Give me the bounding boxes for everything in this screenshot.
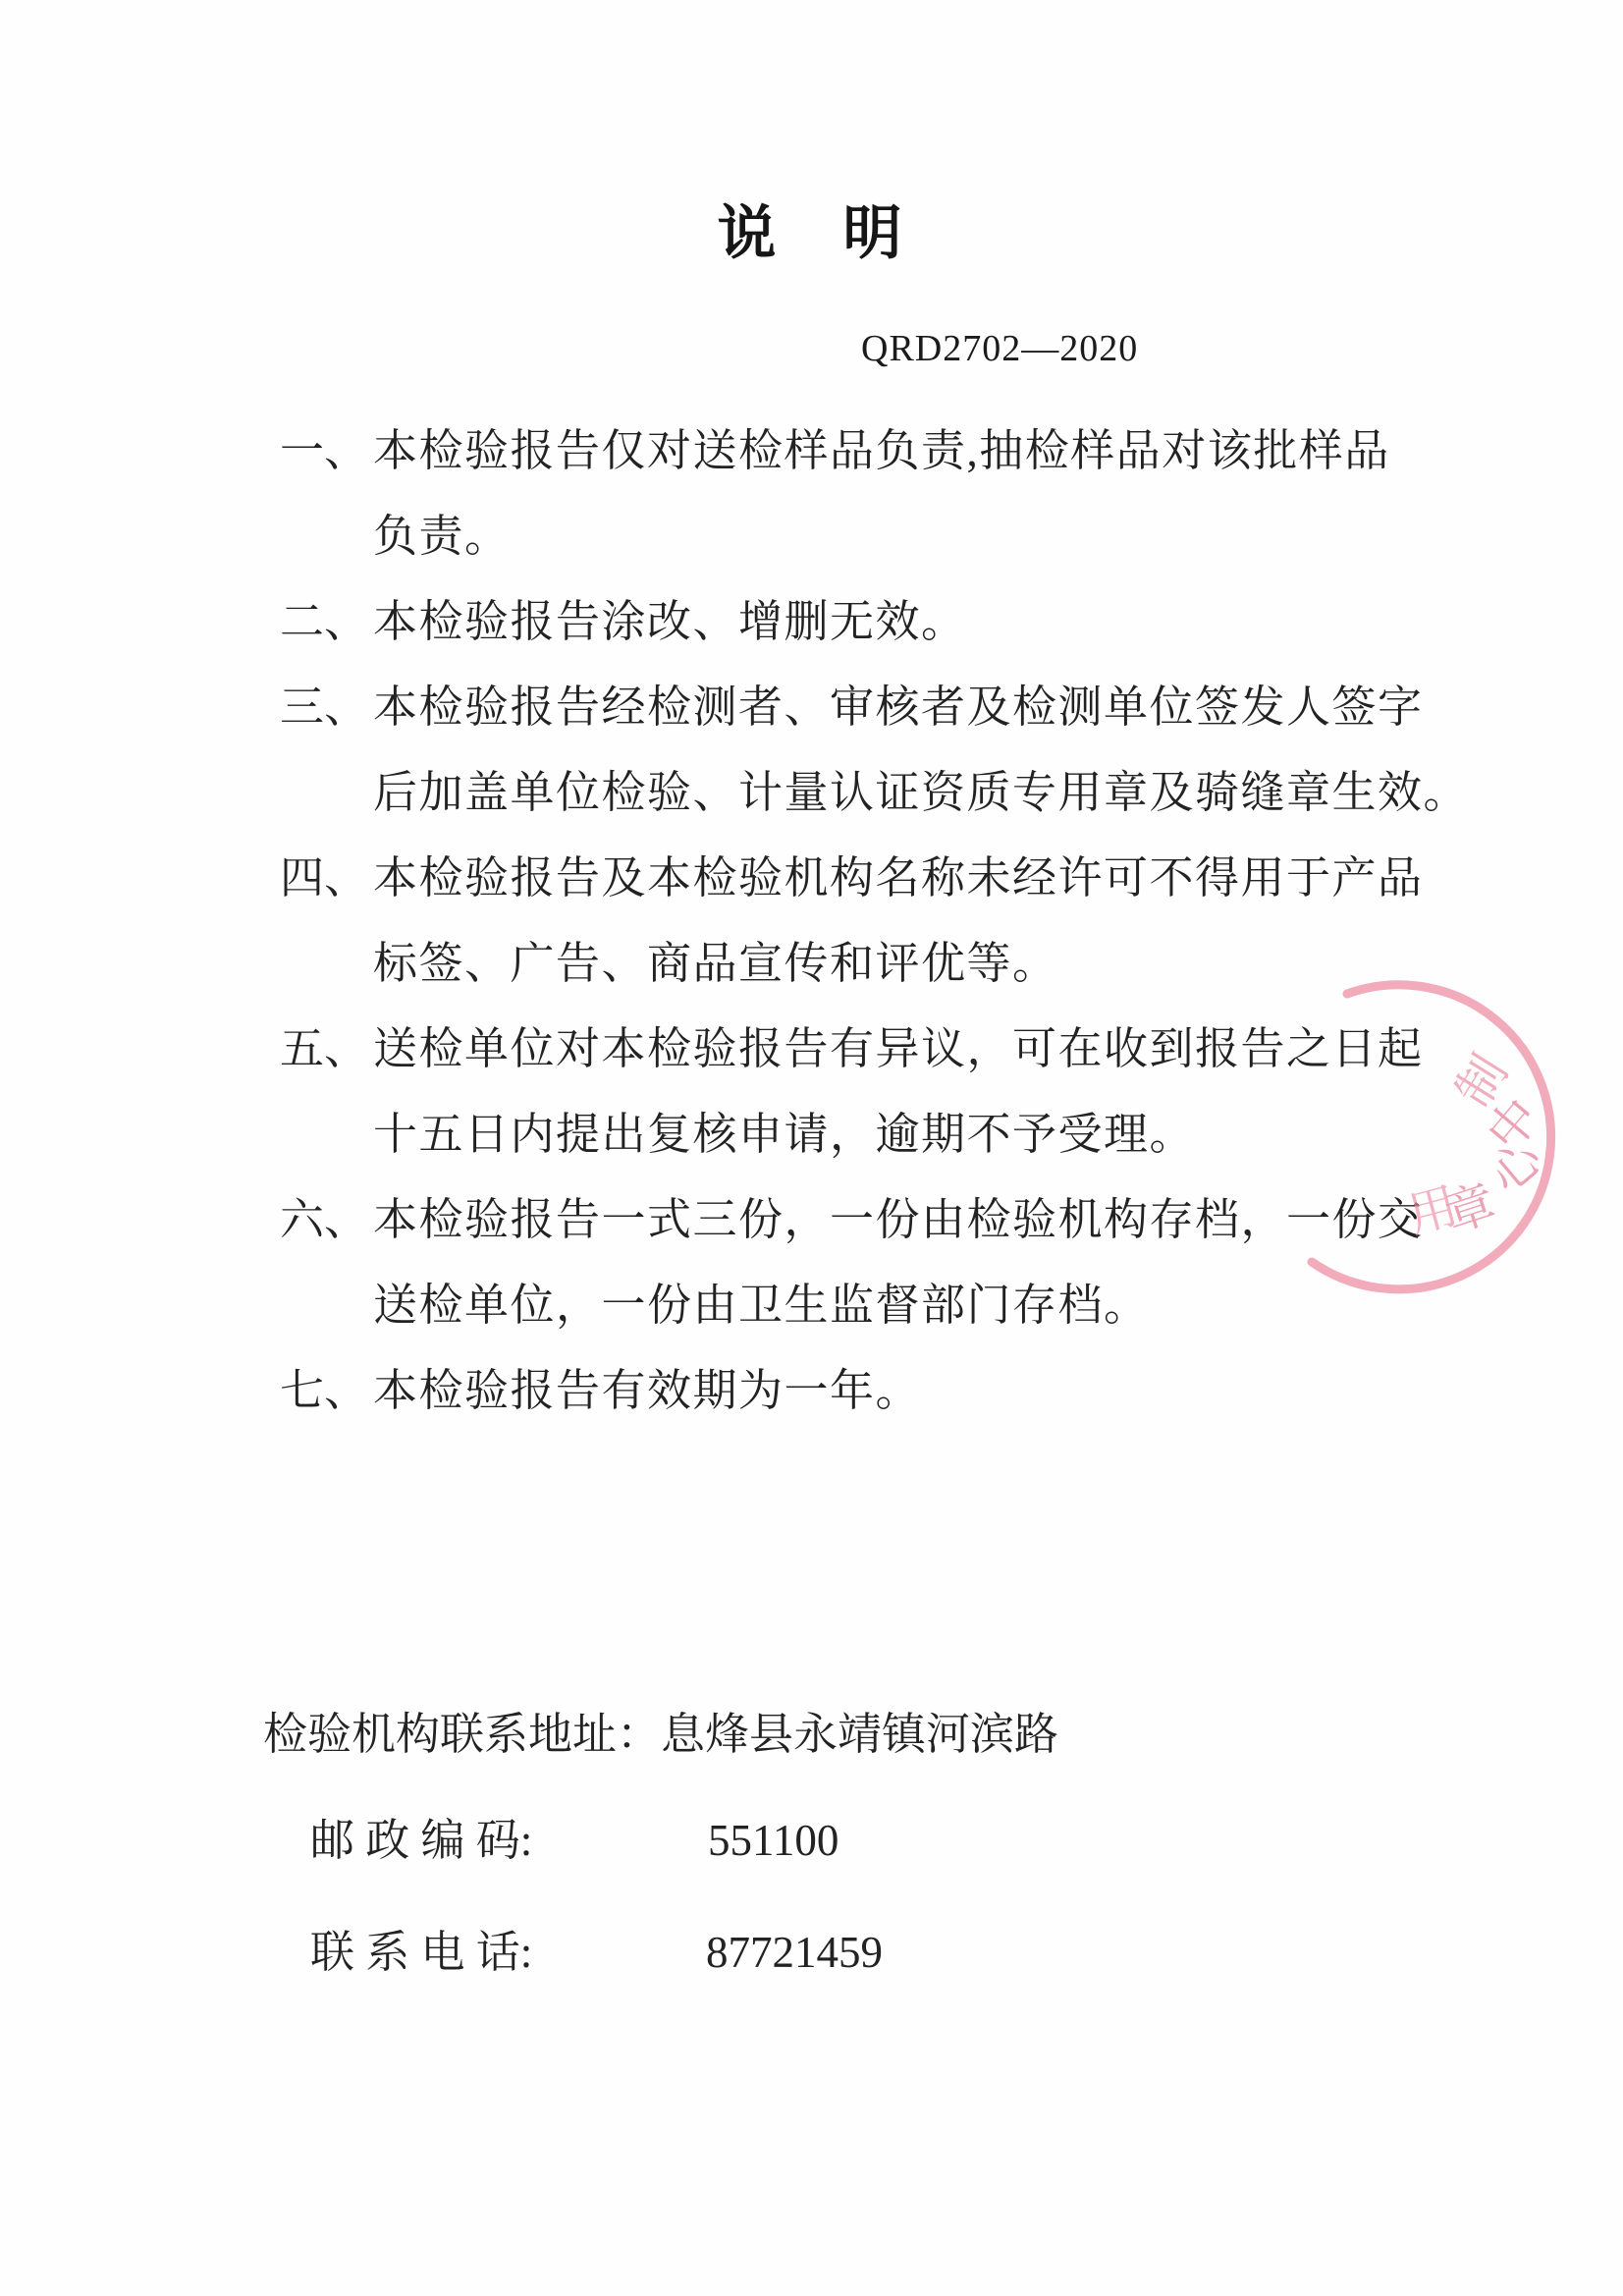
note-number: 七、 bbox=[280, 1348, 368, 1434]
note-line: 负责。 bbox=[373, 494, 1497, 579]
note-number: 六、 bbox=[280, 1177, 368, 1263]
note-line: 本检验报告涂改、增删无效。 bbox=[373, 579, 1497, 665]
postal-code-value: 551100 bbox=[708, 1814, 839, 1867]
scanned-report-page: { "page": { "title": "说 明", "subtitle": … bbox=[0, 0, 1623, 2296]
document-code: QRD2702—2020 bbox=[861, 330, 1138, 367]
postal-code-label: 邮 政 编 码: bbox=[310, 1814, 532, 1867]
note-line: 本检验报告仅对送检样品负责,抽检样品对该批样品 bbox=[373, 409, 1497, 494]
note-number: 三、 bbox=[280, 665, 368, 750]
note-line: 后加盖单位检验、计量认证资质专用章及骑缝章生效。 bbox=[373, 750, 1497, 836]
note-number: 一、 bbox=[280, 409, 368, 494]
phone-label: 联 系 电 话: bbox=[310, 1926, 532, 1979]
agency-address: 检验机构联系地址：息烽县永靖镇河滨路 bbox=[263, 1708, 1058, 1761]
note-item-1: 一、 本检验报告仅对送检样品负责,抽检样品对该批样品 负责。 bbox=[280, 409, 1497, 579]
note-line: 本检验报告经检测者、审核者及检测单位签发人签字 bbox=[373, 665, 1497, 750]
note-number: 五、 bbox=[280, 1007, 368, 1092]
agency-address-label: 检验机构联系地址： bbox=[263, 1710, 661, 1759]
page-title: 说 明 bbox=[0, 204, 1623, 263]
phone-value: 87721459 bbox=[706, 1926, 883, 1979]
note-number: 四、 bbox=[280, 836, 368, 921]
note-number: 二、 bbox=[280, 579, 368, 665]
note-line: 本检验报告及本检验机构名称未经许可不得用于产品 bbox=[373, 836, 1497, 921]
agency-address-value: 息烽县永靖镇河滨路 bbox=[661, 1710, 1058, 1759]
note-line: 本检验报告有效期为一年。 bbox=[373, 1348, 1497, 1434]
note-item-3: 三、 本检验报告经检测者、审核者及检测单位签发人签字 后加盖单位检验、计量认证资… bbox=[280, 665, 1497, 836]
note-item-2: 二、 本检验报告涂改、增删无效。 bbox=[280, 579, 1497, 665]
note-item-7: 七、 本检验报告有效期为一年。 bbox=[280, 1348, 1497, 1434]
red-seal-stamp: 制 中 心 用 章 bbox=[1203, 941, 1596, 1334]
